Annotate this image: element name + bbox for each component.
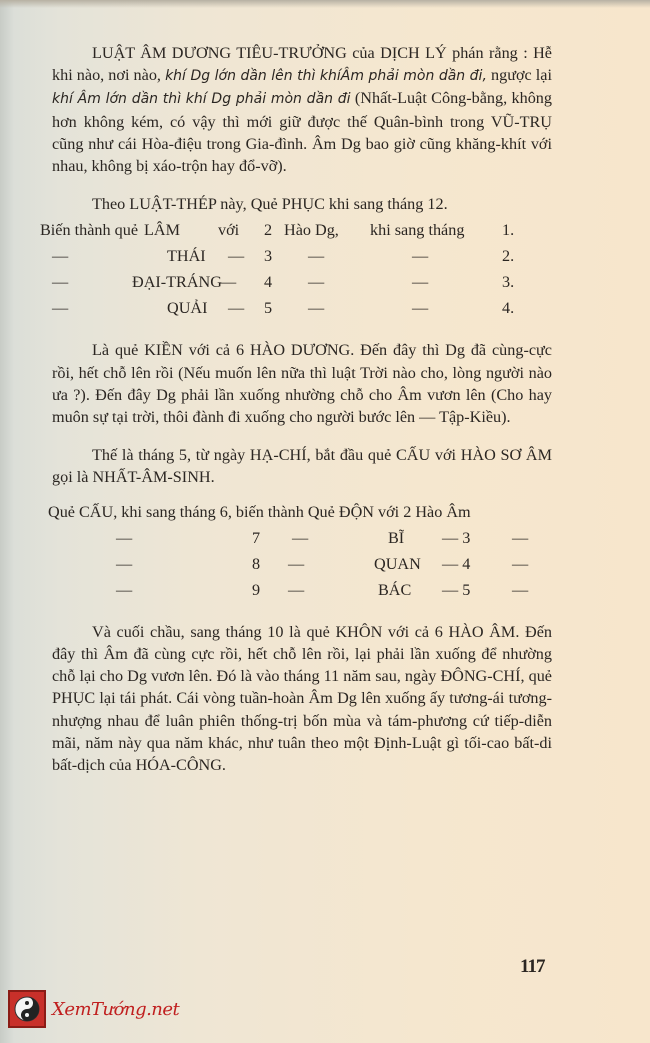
table-row: — 7 — BĨ — 3 — — [52, 527, 552, 553]
table-row: — QUẢI — 5 — — 4. — [52, 297, 552, 323]
paragraph-5: Quẻ CẤU, khi sang tháng 6, biến thành Qu… — [48, 501, 552, 523]
yin-yang-icon — [8, 990, 46, 1028]
page-number: 117 — [520, 956, 544, 978]
table-row: — 8 — QUAN — 4 — — [52, 553, 552, 579]
table-yin-progression: — 7 — BĨ — 3 — — 8 — QUAN — 4 — — 9 — BÁ… — [52, 527, 552, 605]
table-row: — THÁI — 3 — — 2. — [52, 245, 552, 271]
law-title: LUẬT ÂM DƯƠNG TIÊU-TRƯỞNG — [92, 44, 347, 62]
watermark-text: XemTướng.net — [52, 999, 179, 1020]
paragraph-4: Thế là tháng 5, từ ngày HẠ-CHÍ, bắt đầu … — [52, 444, 552, 488]
paragraph-6: Và cuối chầu, sang tháng 10 là quẻ KHÔN … — [52, 621, 552, 776]
table-row: — ĐẠI-TRÁNG — 4 — — 3. — [52, 271, 552, 297]
watermark-logo: XemTướng.net — [8, 990, 179, 1028]
page-body: LUẬT ÂM DƯƠNG TIÊU-TRƯỞNG của DỊCH LÝ ph… — [52, 42, 552, 776]
table-yang-progression: Biến thành quẻ LÂM với 2 Hào Dg, khi san… — [52, 219, 552, 323]
table-row: — 9 — BÁC — 5 — — [52, 579, 552, 605]
table-row: Biến thành quẻ LÂM với 2 Hào Dg, khi san… — [52, 219, 552, 245]
paragraph-3: Là quẻ KIỀN với cả 6 HÀO DƯƠNG. Đến đây … — [52, 339, 552, 428]
italic-phrase-2: khí Âm lớn dần thì khí Dg phải mòn dần đ… — [52, 91, 351, 107]
scanned-book-page: LUẬT ÂM DƯƠNG TIÊU-TRƯỞNG của DỊCH LÝ ph… — [0, 0, 650, 1043]
italic-phrase-1: khí Dg lớn dần lên thì khíÂm phải mòn dầ… — [165, 68, 487, 84]
paragraph-1: LUẬT ÂM DƯƠNG TIÊU-TRƯỞNG của DỊCH LÝ ph… — [52, 42, 552, 177]
paragraph-2: Theo LUẬT-THÉP này, Quẻ PHỤC khi sang th… — [52, 193, 552, 215]
